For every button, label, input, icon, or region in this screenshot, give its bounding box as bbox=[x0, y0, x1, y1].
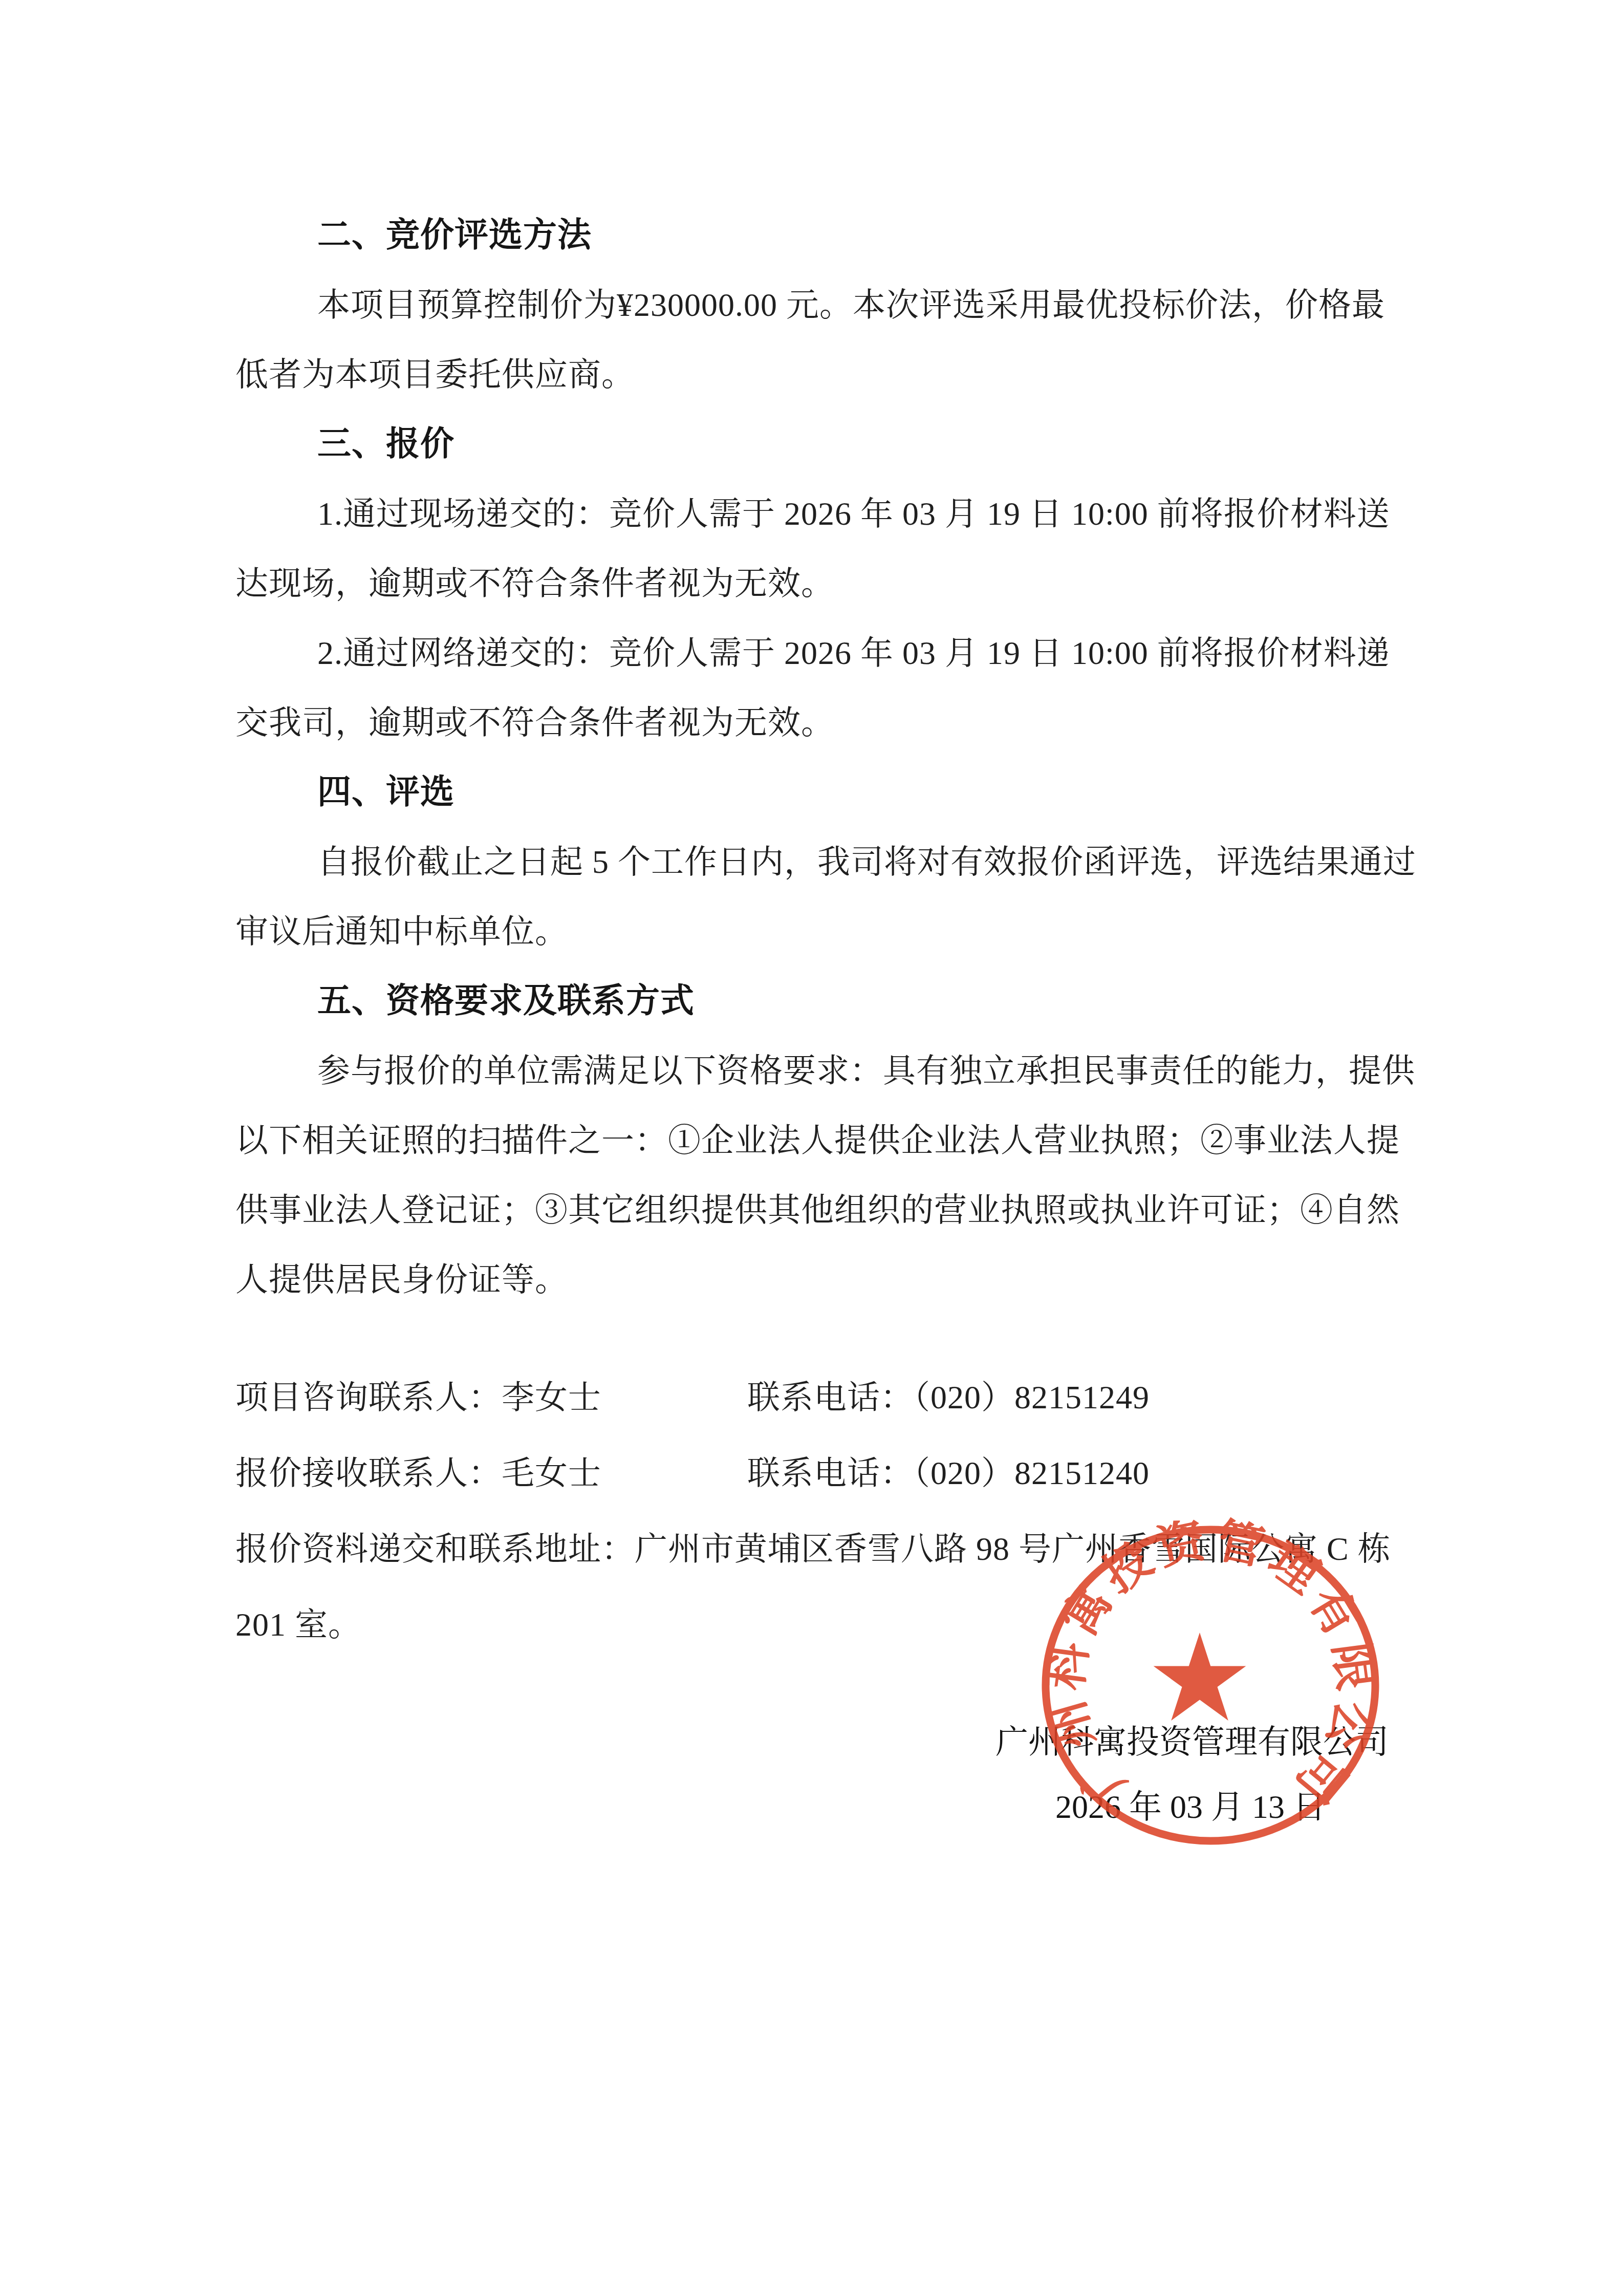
contact-person: 报价接收联系人：毛女士 bbox=[235, 1435, 747, 1511]
seal-ring-text: 广州科寓投资管理有限公司 bbox=[1039, 1516, 1382, 1812]
document-page: 二、竞价评选方法 本项目预算控制价为¥230000.00 元。本次评选采用最优投… bbox=[0, 0, 1624, 2296]
contact-phone: 联系电话：（020）82151240 bbox=[747, 1455, 1150, 1491]
company-seal-stamp: 广州科寓投资管理有限公司 bbox=[1031, 1516, 1390, 1854]
section-heading: 四、评选 bbox=[235, 758, 1402, 827]
text-line: 1.通过现场递交的：竞价人需于 2026 年 03 月 19 日 10:00 前… bbox=[235, 479, 1402, 549]
text-line: 2.通过网络递交的：竞价人需于 2026 年 03 月 19 日 10:00 前… bbox=[235, 618, 1402, 688]
text-line: 审议后通知中标单位。 bbox=[235, 897, 1402, 967]
text-line: 供事业法人登记证；③其它组织提供其他组织的营业执照或执业许可证；④自然 bbox=[235, 1175, 1402, 1245]
contact-phone: 联系电话：（020）82151249 bbox=[747, 1379, 1150, 1415]
contact-row: 项目咨询联系人：李女士联系电话：（020）82151249 bbox=[235, 1360, 1402, 1435]
text-line: 以下相关证照的扫描件之一：①企业法人提供企业法人营业执照；②事业法人提 bbox=[235, 1106, 1402, 1175]
contact-row: 报价接收联系人：毛女士联系电话：（020）82151240 bbox=[235, 1435, 1402, 1511]
section-heading: 五、资格要求及联系方式 bbox=[235, 967, 1402, 1036]
text-line: 人提供居民身份证等。 bbox=[235, 1245, 1402, 1315]
star-icon bbox=[1154, 1633, 1246, 1721]
contact-person: 项目咨询联系人：李女士 bbox=[235, 1360, 747, 1435]
section-heading: 二、竞价评选方法 bbox=[235, 201, 1402, 270]
section-heading: 三、报价 bbox=[235, 410, 1402, 479]
text-line: 达现场，逾期或不符合条件者视为无效。 bbox=[235, 549, 1402, 618]
text-line: 低者为本项目委托供应商。 bbox=[235, 340, 1402, 410]
text-line: 参与报价的单位需满足以下资格要求：具有独立承担民事责任的能力，提供 bbox=[235, 1036, 1402, 1106]
text-line: 交我司，逾期或不符合条件者视为无效。 bbox=[235, 688, 1402, 758]
text-line: 本项目预算控制价为¥230000.00 元。本次评选采用最优投标价法，价格最 bbox=[235, 270, 1402, 340]
text-line: 自报价截止之日起 5 个工作日内，我司将对有效报价函评选，评选结果通过 bbox=[235, 827, 1402, 897]
body-text: 二、竞价评选方法 本项目预算控制价为¥230000.00 元。本次评选采用最优投… bbox=[235, 201, 1402, 1315]
